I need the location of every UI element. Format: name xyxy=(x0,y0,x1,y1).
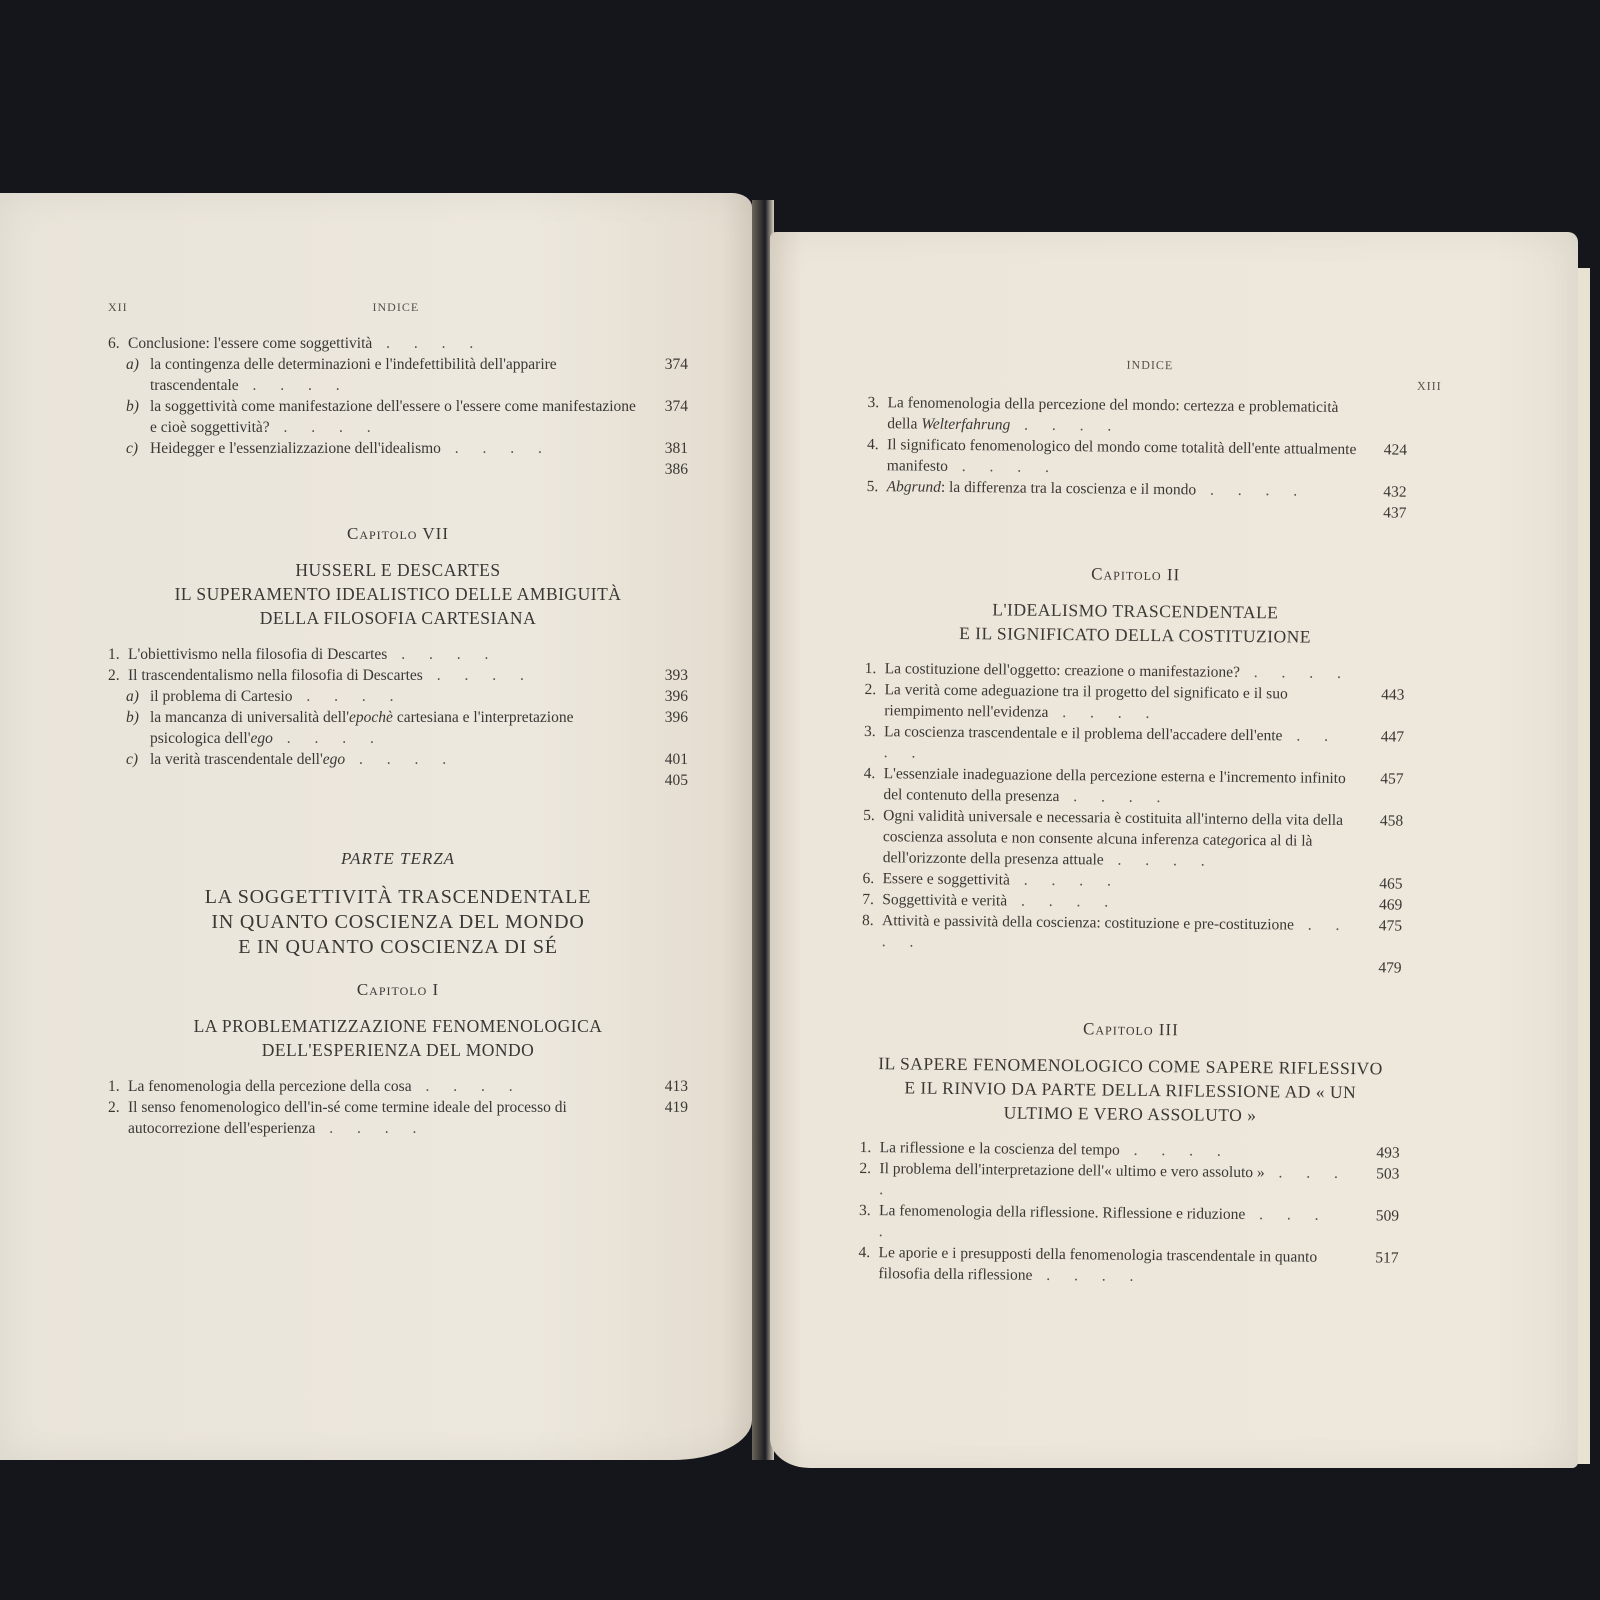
toc-entry: 4.L'essenziale inadeguazione della perce… xyxy=(863,763,1403,811)
entry-title: La fenomenologia della riflessione. Rifl… xyxy=(879,1200,1351,1247)
entry-page: 374 xyxy=(640,354,688,375)
entry-page: 465 xyxy=(1354,873,1402,895)
entry-page: 457 xyxy=(1355,768,1403,790)
toc-entry: 3.La fenomenologia della percezione del … xyxy=(867,392,1407,440)
toc-entry: 2.Il problema dell'interpretazione dell'… xyxy=(859,1158,1399,1206)
toc-entry: 8.Attività e passività della coscienza: … xyxy=(862,910,1402,958)
entry-title: Le aporie e i presupposti della fenomeno… xyxy=(878,1242,1350,1289)
title-line: HUSSERL E DESCARTES xyxy=(108,558,688,582)
entry-number: b) xyxy=(108,707,150,728)
entry-title: il problema di Cartesio . . . . xyxy=(150,686,640,707)
entry-number: 4. xyxy=(858,1242,878,1263)
toc-entry: b)la soggettività come manifestazione de… xyxy=(108,396,688,438)
entry-title: L'obiettivismo nella filosofia di Descar… xyxy=(128,644,640,665)
entry-number: b) xyxy=(108,396,150,417)
toc-entry: 4.Le aporie e i presupposti della fenome… xyxy=(858,1242,1398,1290)
title-line: LA PROBLEMATIZZAZIONE FENOMENOLOGICA xyxy=(108,1014,688,1038)
toc-entry: 386 xyxy=(108,459,688,480)
leader-dots: . . . . xyxy=(1010,872,1121,890)
entry-number: 2. xyxy=(108,1097,128,1118)
entry-page: 432 xyxy=(1358,481,1406,503)
toc-entry: 2.La verità come adeguazione tra il prog… xyxy=(864,679,1404,727)
leader-dots: . . . . xyxy=(884,727,1338,761)
entry-title: la contingenza delle determinazioni e l'… xyxy=(150,354,640,396)
entry-title: Heidegger e l'essenzializzazione dell'id… xyxy=(150,438,640,459)
entry-page: 503 xyxy=(1351,1163,1399,1185)
leader-dots: . . . . xyxy=(1240,664,1351,682)
left-page-content: XII INDICE 6.Conclusione: l'essere come … xyxy=(108,300,688,1139)
entry-number: 1. xyxy=(865,658,885,679)
toc-list: 1.La riflessione e la coscienza del temp… xyxy=(858,1137,1400,1290)
entry-number: 6. xyxy=(862,868,882,889)
chapter-title: L'IDEALISMO TRASCENDENTALEE IL SIGNIFICA… xyxy=(865,596,1405,650)
toc-entry: 2.Il senso fenomenologico dell'in-sé com… xyxy=(108,1097,688,1139)
entry-page: 374 xyxy=(640,396,688,417)
entry-title: la mancanza di universalità dell'epochè … xyxy=(150,707,640,749)
part-label: PARTE TERZA xyxy=(108,849,688,869)
leader-dots: . . . . xyxy=(345,751,456,768)
toc-list: 1.La fenomenologia della percezione dell… xyxy=(108,1076,688,1139)
entry-title: la soggettività come manifestazione dell… xyxy=(150,396,640,438)
toc-entry: 2.Il trascendentalismo nella filosofia d… xyxy=(108,665,688,686)
chapter-label: Capitolo VII xyxy=(108,524,688,544)
right-page-content: INDICE XIII 3.La fenomenologia della per… xyxy=(858,355,1408,1290)
entry-number: c) xyxy=(108,749,150,770)
running-head-title: INDICE xyxy=(128,300,664,315)
title-line: DELL'ESPERIENZA DEL MONDO xyxy=(108,1038,688,1062)
toc-entry: b)la mancanza di universalità dell'epoch… xyxy=(108,707,688,749)
entry-number: 8. xyxy=(862,910,882,931)
title-line: E IN QUANTO COSCIENZA DI SÉ xyxy=(108,935,688,960)
entry-number: 2. xyxy=(108,665,128,686)
entry-page xyxy=(1360,397,1408,398)
entry-page: 469 xyxy=(1354,894,1402,916)
entry-title: La fenomenologia della percezione del mo… xyxy=(887,392,1359,439)
title-line: DELLA FILOSOFIA CARTESIANA xyxy=(108,606,688,630)
chapter-title: LA PROBLEMATIZZAZIONE FENOMENOLOGICADELL… xyxy=(108,1014,688,1062)
toc-entry: 3.La coscienza trascendentale e il probl… xyxy=(864,721,1404,769)
entry-page: 396 xyxy=(640,686,688,707)
page-number: XII xyxy=(108,300,128,315)
title-line: E IL SIGNIFICATO DELLA COSTITUZIONE xyxy=(865,620,1405,650)
entry-page: 479 xyxy=(1354,957,1402,979)
leader-dots: . . . . xyxy=(1196,481,1307,499)
leader-dots: . . . . xyxy=(879,1206,1329,1240)
entry-number: 2. xyxy=(859,1158,879,1179)
entry-number: 3. xyxy=(864,721,884,742)
chapter-label: Capitolo III xyxy=(861,1017,1401,1043)
leader-dots: . . . . xyxy=(1007,892,1118,910)
toc-entry: a)la contingenza delle determinazioni e … xyxy=(108,354,688,396)
toc-entry: 405 xyxy=(108,770,688,791)
entry-number: 4. xyxy=(864,763,884,784)
leader-dots: . . . . xyxy=(1010,416,1121,434)
entry-number: 7. xyxy=(862,889,882,910)
toc-entry: 1.La fenomenologia della percezione dell… xyxy=(108,1076,688,1097)
entry-page: 493 xyxy=(1352,1142,1400,1164)
entry-title: La verità come adeguazione tra il proget… xyxy=(884,679,1356,726)
toc-entry: 4.Il significato fenomenologico del mond… xyxy=(867,434,1407,482)
chapter-label: Capitolo II xyxy=(866,562,1406,588)
toc-entry: 5.Ogni validità universale e necessaria … xyxy=(863,805,1404,874)
entry-number: 4. xyxy=(867,434,887,455)
entry-title: Il senso fenomenologico dell'in-sé come … xyxy=(128,1097,640,1139)
toc-entry: 1.L'obiettivismo nella filosofia di Desc… xyxy=(108,644,688,665)
entry-title: Il problema dell'interpretazione dell'« … xyxy=(879,1158,1351,1205)
entry-page: 413 xyxy=(640,1076,688,1097)
entry-number: c) xyxy=(108,438,150,459)
entry-page: 437 xyxy=(1358,502,1406,524)
entry-title: Attività e passività della coscienza: co… xyxy=(882,910,1354,957)
leader-dots: . . . . xyxy=(879,1164,1348,1198)
entry-title: Conclusione: l'essere come soggettività … xyxy=(128,333,640,354)
toc-entry: a)il problema di Cartesio . . . .396 xyxy=(108,686,688,707)
title-line: IN QUANTO COSCIENZA DEL MONDO xyxy=(108,910,688,935)
toc-entry: 3.La fenomenologia della riflessione. Ri… xyxy=(859,1200,1399,1248)
entry-title: L'essenziale inadeguazione della percezi… xyxy=(883,763,1355,810)
toc-entry: 6.Conclusione: l'essere come soggettivit… xyxy=(108,333,688,354)
toc-list: 1.La costituzione dell'oggetto: creazion… xyxy=(862,658,1405,979)
leader-dots: . . . . xyxy=(270,419,381,436)
entry-number: 1. xyxy=(108,1076,128,1097)
entry-number: 1. xyxy=(108,644,128,665)
chapter-title: IL SAPERE FENOMENOLOGICO COME SAPERE RIF… xyxy=(860,1051,1401,1129)
entry-page: 509 xyxy=(1351,1205,1399,1227)
title-line: IL SUPERAMENTO IDEALISTICO DELLE AMBIGUI… xyxy=(108,582,688,606)
running-head: XII INDICE xyxy=(108,300,688,315)
entry-title: La fenomenologia della percezione della … xyxy=(128,1076,640,1097)
toc-list: 3.La fenomenologia della percezione del … xyxy=(866,392,1407,524)
page-number: XIII xyxy=(1417,379,1442,394)
entry-number: a) xyxy=(108,686,150,707)
entry-page xyxy=(1357,663,1405,664)
entry-number: a) xyxy=(108,354,150,375)
leader-dots: . . . . xyxy=(1059,788,1170,806)
entry-page: 381 xyxy=(640,438,688,459)
title-line: LA SOGGETTIVITÀ TRASCENDENTALE xyxy=(108,885,688,910)
part-title: LA SOGGETTIVITÀ TRASCENDENTALEIN QUANTO … xyxy=(108,885,688,960)
leader-dots: . . . . xyxy=(239,377,350,394)
leader-dots: . . . . xyxy=(387,646,498,663)
leader-dots: . . . . xyxy=(372,335,483,352)
entry-title: la verità trascendentale dell'ego . . . … xyxy=(150,749,640,770)
leader-dots: . . . . xyxy=(1032,1267,1143,1285)
entry-page: 424 xyxy=(1359,439,1407,461)
leader-dots: . . . . xyxy=(1104,851,1215,869)
toc-list: 1.L'obiettivismo nella filosofia di Desc… xyxy=(108,644,688,791)
entry-page: 401 xyxy=(640,749,688,770)
entry-title: Il significato fenomenologico del mondo … xyxy=(887,434,1359,481)
entry-number: 5. xyxy=(863,805,883,826)
entry-page: 447 xyxy=(1356,726,1404,748)
entry-number: 6. xyxy=(108,333,128,354)
leader-dots: . . . . xyxy=(315,1120,426,1137)
entry-page: 396 xyxy=(640,707,688,728)
leader-dots: . . . . xyxy=(423,667,534,684)
entry-number: 3. xyxy=(867,392,887,413)
entry-page: 405 xyxy=(640,770,688,791)
entry-number: 3. xyxy=(859,1200,879,1221)
leader-dots: . . . . xyxy=(441,440,552,457)
entry-page: 386 xyxy=(640,459,688,480)
toc-entry: c)Heidegger e l'essenzializzazione dell'… xyxy=(108,438,688,459)
leader-dots: . . . . xyxy=(1120,1142,1231,1160)
entry-page: 393 xyxy=(640,665,688,686)
entry-number: 2. xyxy=(864,679,884,700)
entry-page: 475 xyxy=(1354,915,1402,937)
open-book: XII INDICE 6.Conclusione: l'essere come … xyxy=(0,0,1600,1600)
leader-dots: . . . . xyxy=(1048,704,1159,722)
leader-dots: . . . . xyxy=(412,1078,523,1095)
toc-entry: c)la verità trascendentale dell'ego . . … xyxy=(108,749,688,770)
leader-dots: . . . . xyxy=(292,688,403,705)
entry-title: Il trascendentalismo nella filosofia di … xyxy=(128,665,640,686)
entry-title: Ogni validità universale e necessaria è … xyxy=(883,805,1356,873)
entry-page: 443 xyxy=(1356,684,1404,706)
toc-list: 6.Conclusione: l'essere come soggettivit… xyxy=(108,333,688,480)
entry-number: 5. xyxy=(867,476,887,497)
leader-dots: . . . . xyxy=(882,916,1350,950)
entry-page: 458 xyxy=(1355,810,1403,832)
entry-title: La coscienza trascendentale e il problem… xyxy=(884,721,1356,768)
leader-dots: . . . . xyxy=(948,458,1059,476)
chapter-label: Capitolo I xyxy=(108,980,688,1000)
entry-page: 419 xyxy=(640,1097,688,1118)
entry-number: 1. xyxy=(860,1137,880,1158)
leader-dots: . . . . xyxy=(273,730,384,747)
chapter-title: HUSSERL E DESCARTESIL SUPERAMENTO IDEALI… xyxy=(108,558,688,630)
entry-page: 517 xyxy=(1350,1247,1398,1269)
